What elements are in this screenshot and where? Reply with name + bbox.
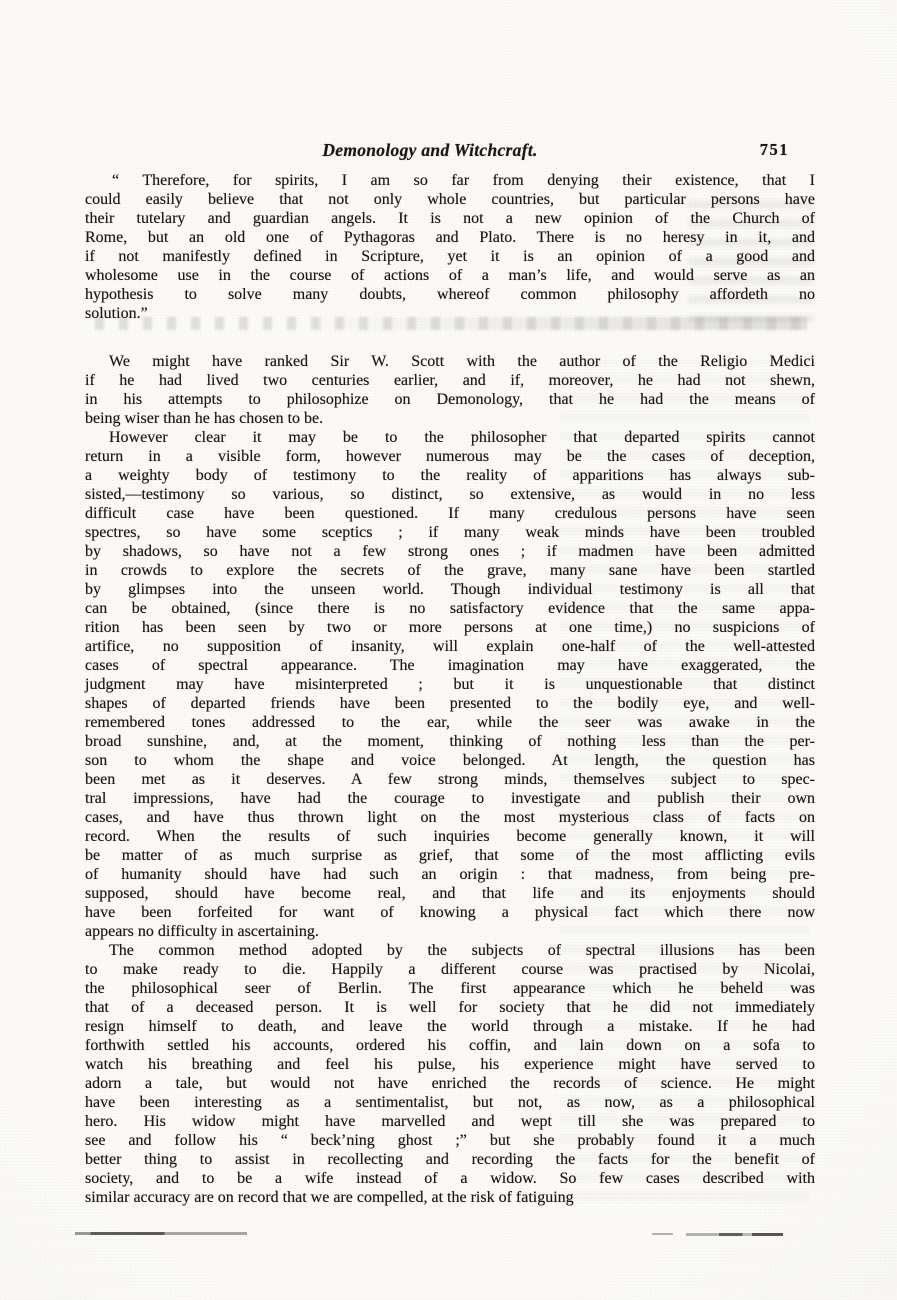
scanned-book-page: Demonology and Witchcraft. 751 “ Therefo… bbox=[0, 0, 897, 1300]
text-line: solution.” bbox=[85, 304, 815, 323]
text-line: if not manifestly defined in Scripture, … bbox=[85, 247, 815, 266]
text-line: hypothesis to solve many doubts, whereof… bbox=[85, 285, 815, 304]
text-line: adorn a tale, but would not have enriche… bbox=[85, 1074, 815, 1093]
text-line: However clear it may be to the philosoph… bbox=[85, 428, 815, 447]
text-line: if he had lived two centuries earlier, a… bbox=[85, 371, 815, 390]
text-line: that of a deceased person. It is well fo… bbox=[85, 998, 815, 1017]
text-line: see and follow his “ beck’ning ghost ;” … bbox=[85, 1131, 815, 1150]
text-line: society, and to be a wife instead of a w… bbox=[85, 1169, 815, 1188]
text-line: rition has been seen by two or more pers… bbox=[85, 618, 815, 637]
text-line: artifice, no supposition of insanity, wi… bbox=[85, 637, 815, 656]
text-line: supposed, should have become real, and t… bbox=[85, 884, 815, 903]
text-line: be matter of as much surprise as grief, … bbox=[85, 846, 815, 865]
text-block: “ Therefore, for spirits, I am so far fr… bbox=[85, 171, 815, 1207]
text-line: similar accuracy are on record that we a… bbox=[85, 1188, 815, 1207]
text-line: “ Therefore, for spirits, I am so far fr… bbox=[85, 171, 815, 190]
text-line: tral impressions, have had the courage t… bbox=[85, 789, 815, 808]
text-line: broad sunshine, and, at the moment, thin… bbox=[85, 732, 815, 751]
running-head: Demonology and Witchcraft. 751 bbox=[85, 140, 815, 162]
text-line: shapes of departed friends have been pre… bbox=[85, 694, 815, 713]
footer-rule-right-small bbox=[652, 1233, 673, 1235]
text-line: of humanity should have had such an orig… bbox=[85, 865, 815, 884]
text-line: by shadows, so have not a few strong one… bbox=[85, 542, 815, 561]
text-line: difficult case have been questioned. If … bbox=[85, 504, 815, 523]
footer-rule-right bbox=[686, 1233, 783, 1236]
text-line: the philosophical seer of Berlin. The fi… bbox=[85, 979, 815, 998]
quoted-paragraph: “ Therefore, for spirits, I am so far fr… bbox=[85, 171, 815, 323]
text-line: in crowds to explore the secrets of the … bbox=[85, 561, 815, 580]
text-line: forthwith settled his accounts, ordered … bbox=[85, 1036, 815, 1055]
text-line: We might have ranked Sir W. Scott with t… bbox=[85, 352, 815, 371]
text-line: record. When the results of such inquiri… bbox=[85, 827, 815, 846]
text-line: return in a visible form, however numero… bbox=[85, 447, 815, 466]
text-line: have been interesting as a sentimentalis… bbox=[85, 1093, 815, 1112]
text-line: sisted,—testimony so various, so distinc… bbox=[85, 485, 815, 504]
footer-rule-left bbox=[75, 1232, 247, 1235]
page-number: 751 bbox=[760, 140, 789, 160]
text-line: can be obtained, (since there is no sati… bbox=[85, 599, 815, 618]
text-line: their tutelary and guardian angels. It i… bbox=[85, 209, 815, 228]
text-line: could easily believe that not only whole… bbox=[85, 190, 815, 209]
text-line: appears no difficulty in ascertaining. bbox=[85, 922, 815, 941]
text-line: The common method adopted by the subject… bbox=[85, 941, 815, 960]
text-line: been met as it deserves. A few strong mi… bbox=[85, 770, 815, 789]
paragraph: However clear it may be to the philosoph… bbox=[85, 428, 815, 941]
text-line: by glimpses into the unseen world. Thoug… bbox=[85, 580, 815, 599]
text-line: in his attempts to philosophize on Demon… bbox=[85, 390, 815, 409]
text-line: Rome, but an old one of Pythagoras and P… bbox=[85, 228, 815, 247]
text-line: hero. His widow might have marvelled and… bbox=[85, 1112, 815, 1131]
text-line: resign himself to death, and leave the w… bbox=[85, 1017, 815, 1036]
text-line: wholesome use in the course of actions o… bbox=[85, 266, 815, 285]
text-line: watch his breathing and feel his pulse, … bbox=[85, 1055, 815, 1074]
paragraph: We might have ranked Sir W. Scott with t… bbox=[85, 352, 815, 428]
text-line: have been forfeited for want of knowing … bbox=[85, 903, 815, 922]
running-title: Demonology and Witchcraft. bbox=[65, 140, 795, 161]
paragraph: The common method adopted by the subject… bbox=[85, 941, 815, 1207]
text-line: better thing to assist in recollecting a… bbox=[85, 1150, 815, 1169]
text-line: cases, and have thus thrown light on the… bbox=[85, 808, 815, 827]
text-line: to make ready to die. Happily a differen… bbox=[85, 960, 815, 979]
text-line: judgment may have misinterpreted ; but i… bbox=[85, 675, 815, 694]
text-line: remembered tones addressed to the ear, w… bbox=[85, 713, 815, 732]
text-line: son to whom the shape and voice belonged… bbox=[85, 751, 815, 770]
text-line: being wiser than he has chosen to be. bbox=[85, 409, 815, 428]
text-line: a weighty body of testimony to the reali… bbox=[85, 466, 815, 485]
text-line: cases of spectral appearance. The imagin… bbox=[85, 656, 815, 675]
text-line: spectres, so have some sceptics ; if man… bbox=[85, 523, 815, 542]
